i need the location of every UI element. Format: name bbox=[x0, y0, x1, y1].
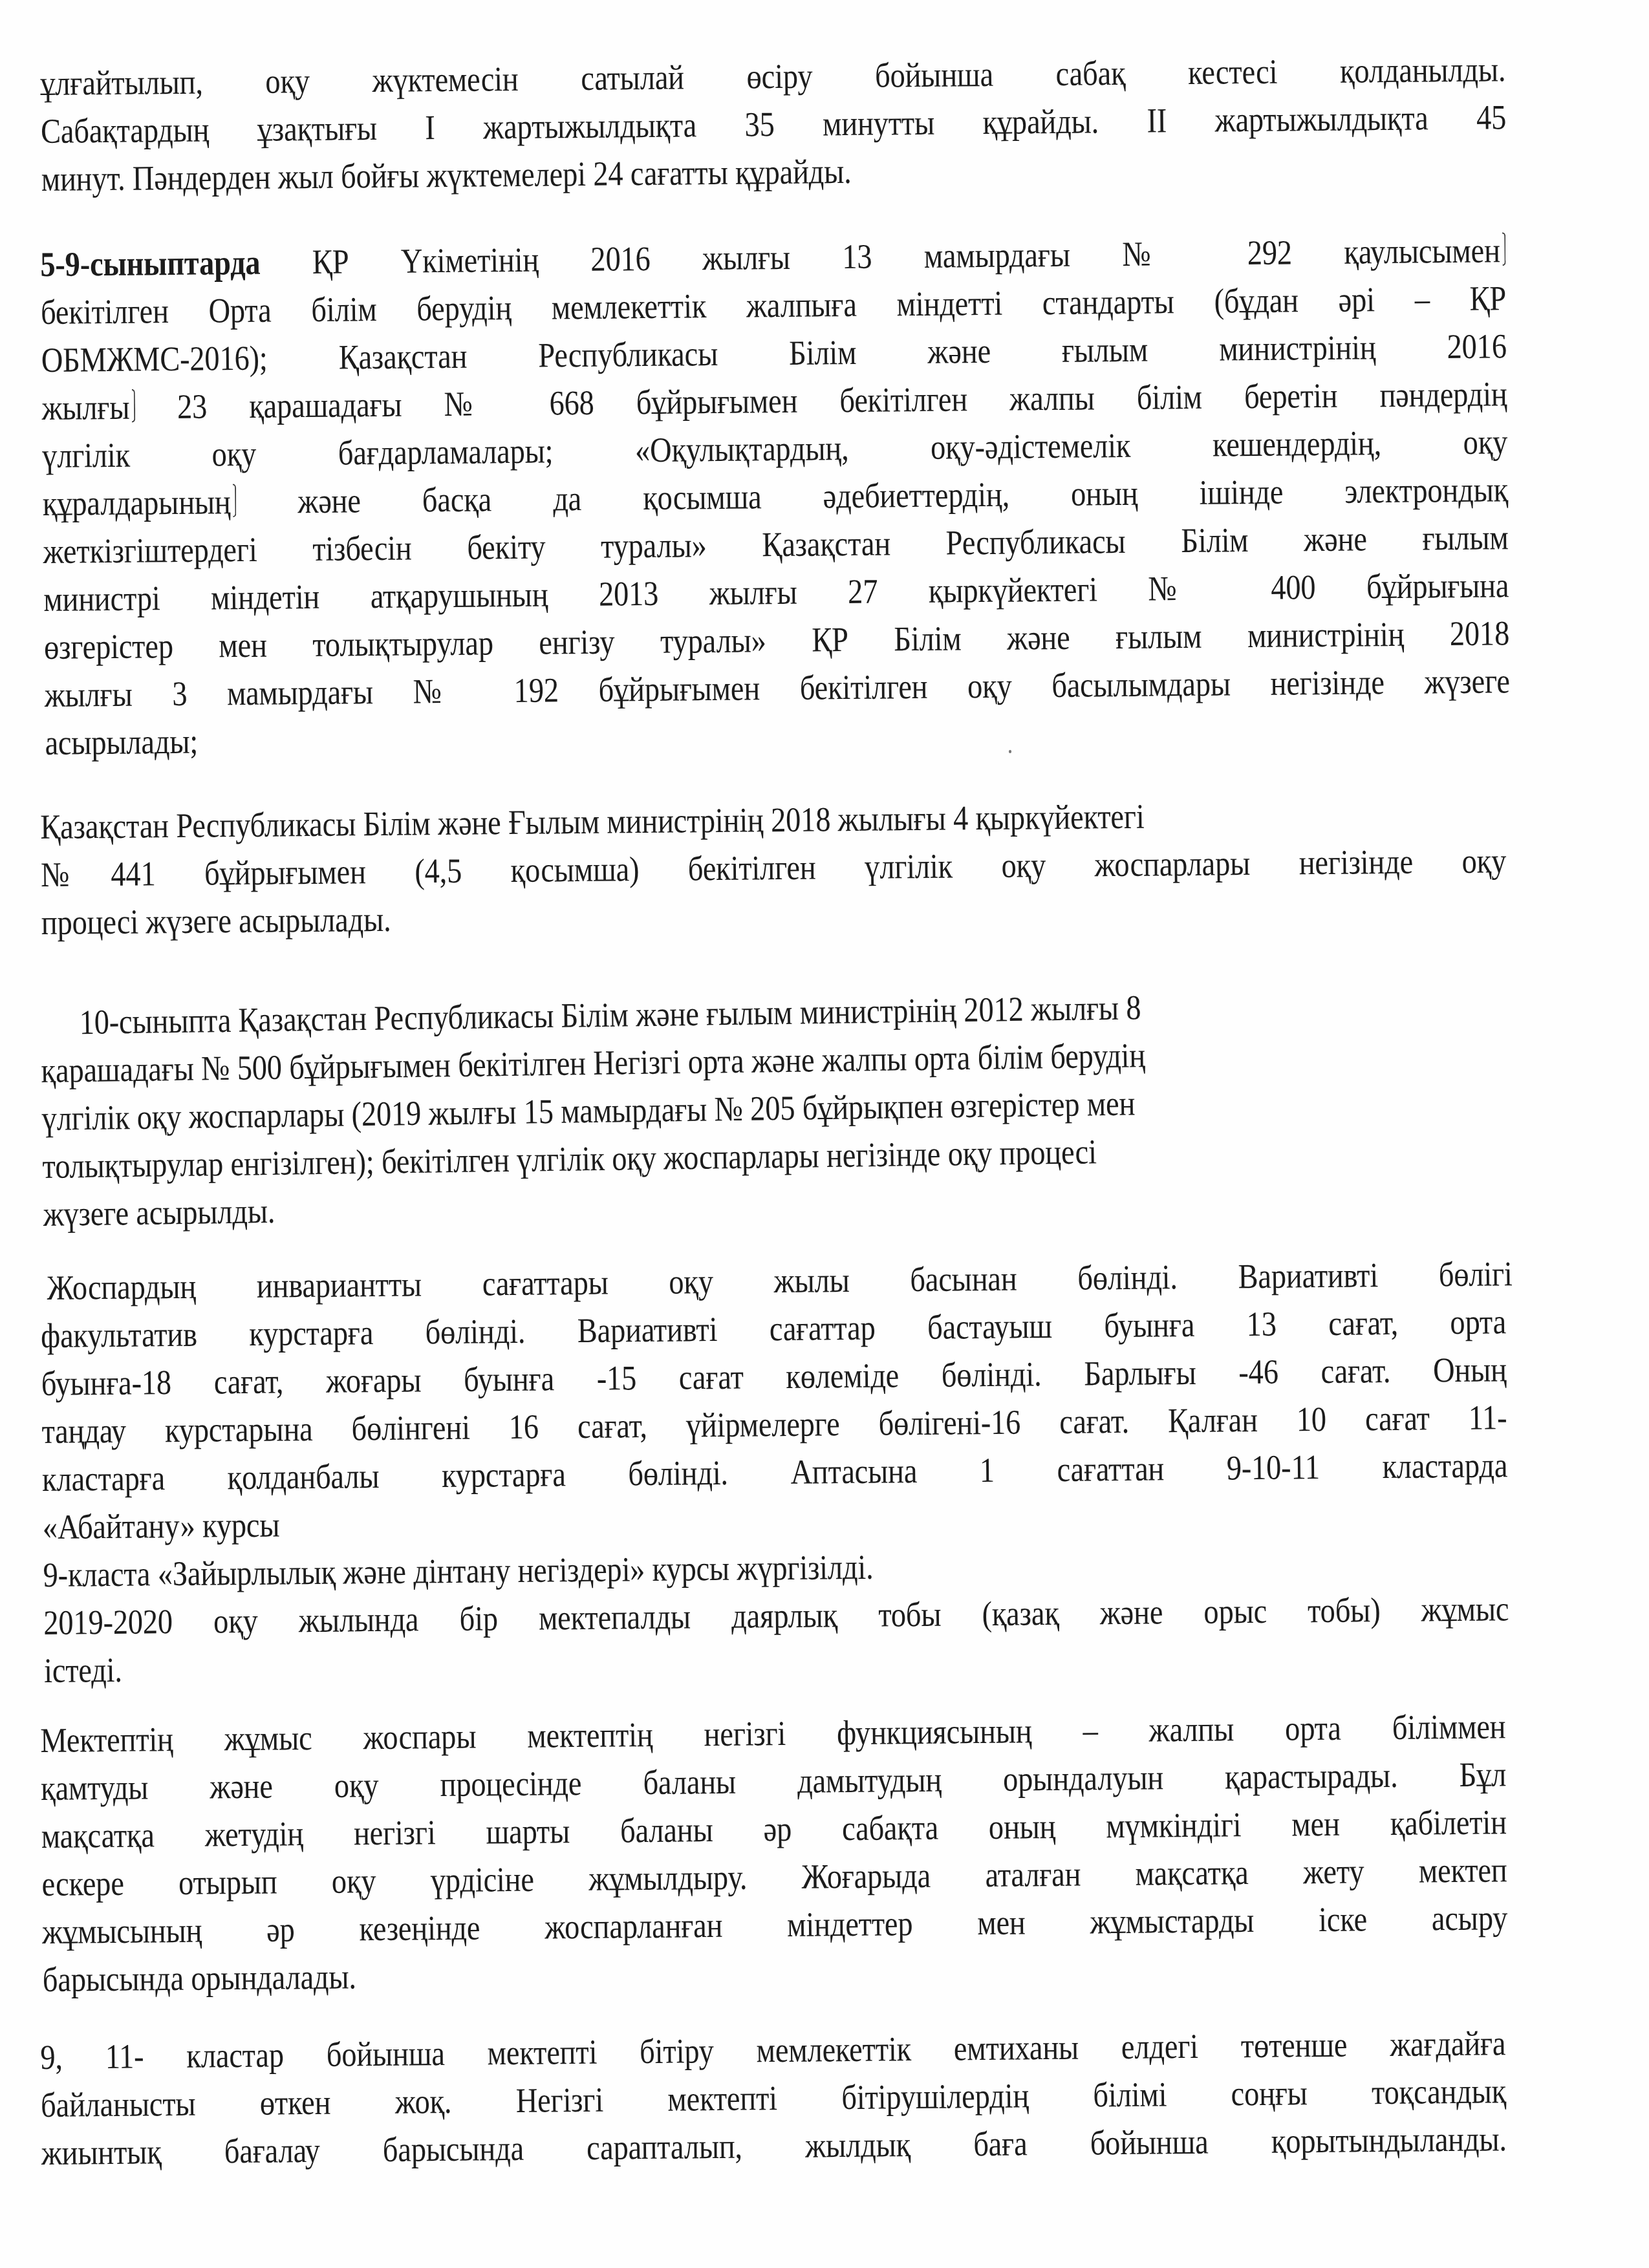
text-fragment: және басқа да қосымша әдебиеттердің, оны… bbox=[236, 470, 1508, 521]
scan-speck bbox=[1009, 750, 1011, 753]
text-fragment: құралдарының bbox=[43, 482, 231, 523]
paragraph-state-exam: 9, 11- кластар бойынша мектепті бітіру м… bbox=[40, 2019, 1503, 2177]
paragraph-lesson-schedule: ұлғайтылып, оқу жүктемесін сатылай өсіру… bbox=[40, 45, 1503, 203]
text-fragment: ҚР Үкіметінің 2016 жылғы 13 мамырдағы № … bbox=[260, 231, 1500, 281]
text-fragment: 23 қарашадағы № 668 бұйрығымен бекітілге… bbox=[135, 374, 1507, 426]
margin-bracket-mark bbox=[1502, 232, 1506, 266]
paragraph-invariant-hours: Жоспардың инвариантты сағаттары оқу жылы… bbox=[40, 1250, 1505, 1695]
scanned-document-page: ұлғайтылып, оқу жүктемесін сатылай өсіру… bbox=[0, 0, 1649, 2268]
bold-lead-text: 5-9-сыныптарда bbox=[40, 243, 261, 284]
paragraph-grade-10: 10-сыныпта Қазақстан Республикасы Білім … bbox=[40, 978, 1505, 1238]
paragraph-grades-5-9: 5-9-сыныптарда ҚР Үкіметінің 2016 жылғы … bbox=[40, 226, 1507, 767]
text-fragment: жылғы bbox=[41, 388, 129, 427]
paragraph-order-441: Қазақстан Республикасы Білім және Ғылым … bbox=[40, 789, 1503, 947]
paragraph-work-plan: Мектептің жұмыс жоспары мектептің негізг… bbox=[40, 1702, 1504, 2004]
